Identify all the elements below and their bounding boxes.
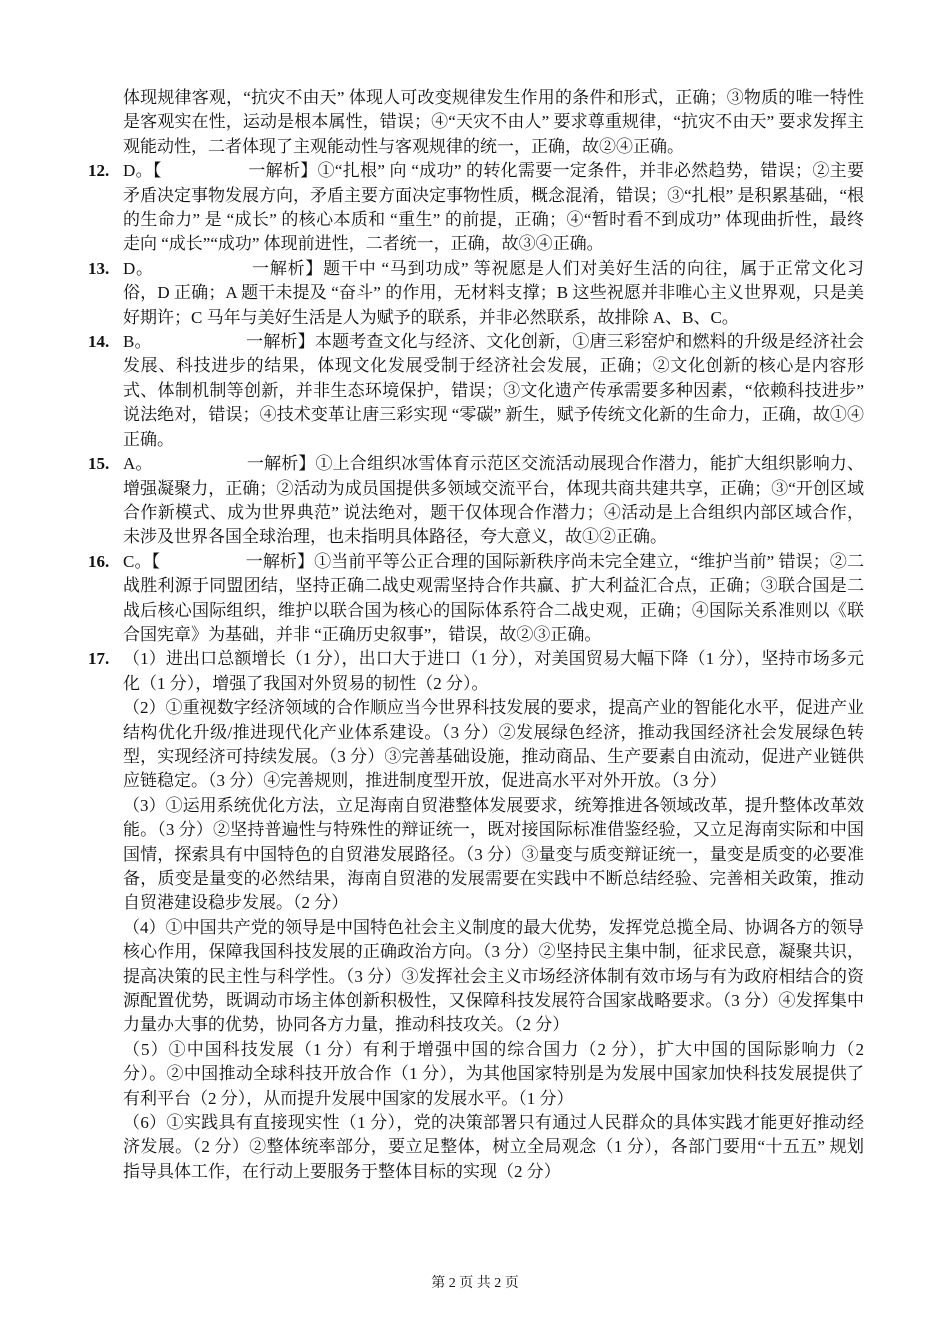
answer-paragraph: （4）①中国共产党的领导是中国特色社会主义制度的最大优势，发挥党总揽全局、协调各… bbox=[123, 916, 864, 1038]
answer-item-14: 14.B。 一解析】本题考查文化与经济、文化创新，①唐三彩窑炉和燃料的升级是经济… bbox=[88, 330, 864, 452]
answer-item-12: 12.D。【 一解析】①“扎根” 向 “成功” 的转化需要一定条件，并非必然趋势… bbox=[88, 159, 864, 257]
item-number: 16. bbox=[88, 550, 109, 574]
item-body: D。【 一解析】①“扎根” 向 “成功” 的转化需要一定条件，并非必然趋势，错误… bbox=[123, 159, 864, 257]
answer-paragraph: （3）①运用系统优化方法，立足海南自贸港整体发展要求，统筹推进各领域改革，提升整… bbox=[123, 794, 864, 916]
answer-item-continuation: 体现规律客观，“抗灾不由天” 体现人可改变规律发生作用的条件和形式，正确；③物质… bbox=[88, 86, 864, 159]
item-body: 体现规律客观，“抗灾不由天” 体现人可改变规律发生作用的条件和形式，正确；③物质… bbox=[123, 86, 864, 159]
answer-paragraph: A。 一解析】①上合组织冰雪体育示范区交流活动展现合作潜力，能扩大组织影响力、增… bbox=[123, 452, 864, 550]
answer-paragraph: D。【 一解析】①“扎根” 向 “成功” 的转化需要一定条件，并非必然趋势，错误… bbox=[123, 159, 864, 257]
item-body: （1）进出口总额增长（1 分），出口大于进口（1 分），对美国贸易大幅下降（1 … bbox=[123, 647, 864, 1184]
answer-item-17: 17.（1）进出口总额增长（1 分），出口大于进口（1 分），对美国贸易大幅下降… bbox=[88, 647, 864, 1184]
item-body: B。 一解析】本题考查文化与经济、文化创新，①唐三彩窑炉和燃料的升级是经济社会发… bbox=[123, 330, 864, 452]
answer-paragraph: （1）进出口总额增长（1 分），出口大于进口（1 分），对美国贸易大幅下降（1 … bbox=[123, 647, 864, 696]
answer-paragraph: （2）①重视数字经济领域的合作顺应当今世界科技发展的要求，提高产业的智能化水平，… bbox=[123, 696, 864, 794]
answer-paragraph: D。 一解析】题干中 “马到功成” 等祝愿是人们对美好生活的向往，属于正常文化习… bbox=[123, 257, 864, 330]
item-number: 12. bbox=[88, 159, 109, 183]
item-number: 15. bbox=[88, 452, 109, 476]
document-page: 体现规律客观，“抗灾不由天” 体现人可改变规律发生作用的条件和形式，正确；③物质… bbox=[0, 0, 950, 1343]
item-body: A。 一解析】①上合组织冰雪体育示范区交流活动展现合作潜力，能扩大组织影响力、增… bbox=[123, 452, 864, 550]
item-number: 17. bbox=[88, 647, 109, 671]
answer-item-13: 13.D。 一解析】题干中 “马到功成” 等祝愿是人们对美好生活的向往，属于正常… bbox=[88, 257, 864, 330]
answer-paragraph: C。【 一解析】①当前平等公正合理的国际新秩序尚未完全建立，“维护当前” 错误；… bbox=[123, 550, 864, 648]
page-footer: 第 2 页 共 2 页 bbox=[0, 1272, 950, 1292]
item-body: D。 一解析】题干中 “马到功成” 等祝愿是人们对美好生活的向往，属于正常文化习… bbox=[123, 257, 864, 330]
item-number: 14. bbox=[88, 330, 109, 354]
answer-list: 体现规律客观，“抗灾不由天” 体现人可改变规律发生作用的条件和形式，正确；③物质… bbox=[88, 86, 864, 1184]
answer-paragraph: （6）①实践具有直接现实性（1 分），党的决策部署只有通过人民群众的具体实践才能… bbox=[123, 1111, 864, 1184]
answer-paragraph: 体现规律客观，“抗灾不由天” 体现人可改变规律发生作用的条件和形式，正确；③物质… bbox=[123, 86, 864, 159]
item-number: 13. bbox=[88, 257, 109, 281]
answer-item-15: 15.A。 一解析】①上合组织冰雪体育示范区交流活动展现合作潜力，能扩大组织影响… bbox=[88, 452, 864, 550]
answer-paragraph: B。 一解析】本题考查文化与经济、文化创新，①唐三彩窑炉和燃料的升级是经济社会发… bbox=[123, 330, 864, 452]
answer-paragraph: （5）①中国科技发展（1 分）有利于增强中国的综合国力（2 分），扩大中国的国际… bbox=[123, 1038, 864, 1111]
item-body: C。【 一解析】①当前平等公正合理的国际新秩序尚未完全建立，“维护当前” 错误；… bbox=[123, 550, 864, 648]
answer-item-16: 16.C。【 一解析】①当前平等公正合理的国际新秩序尚未完全建立，“维护当前” … bbox=[88, 550, 864, 648]
